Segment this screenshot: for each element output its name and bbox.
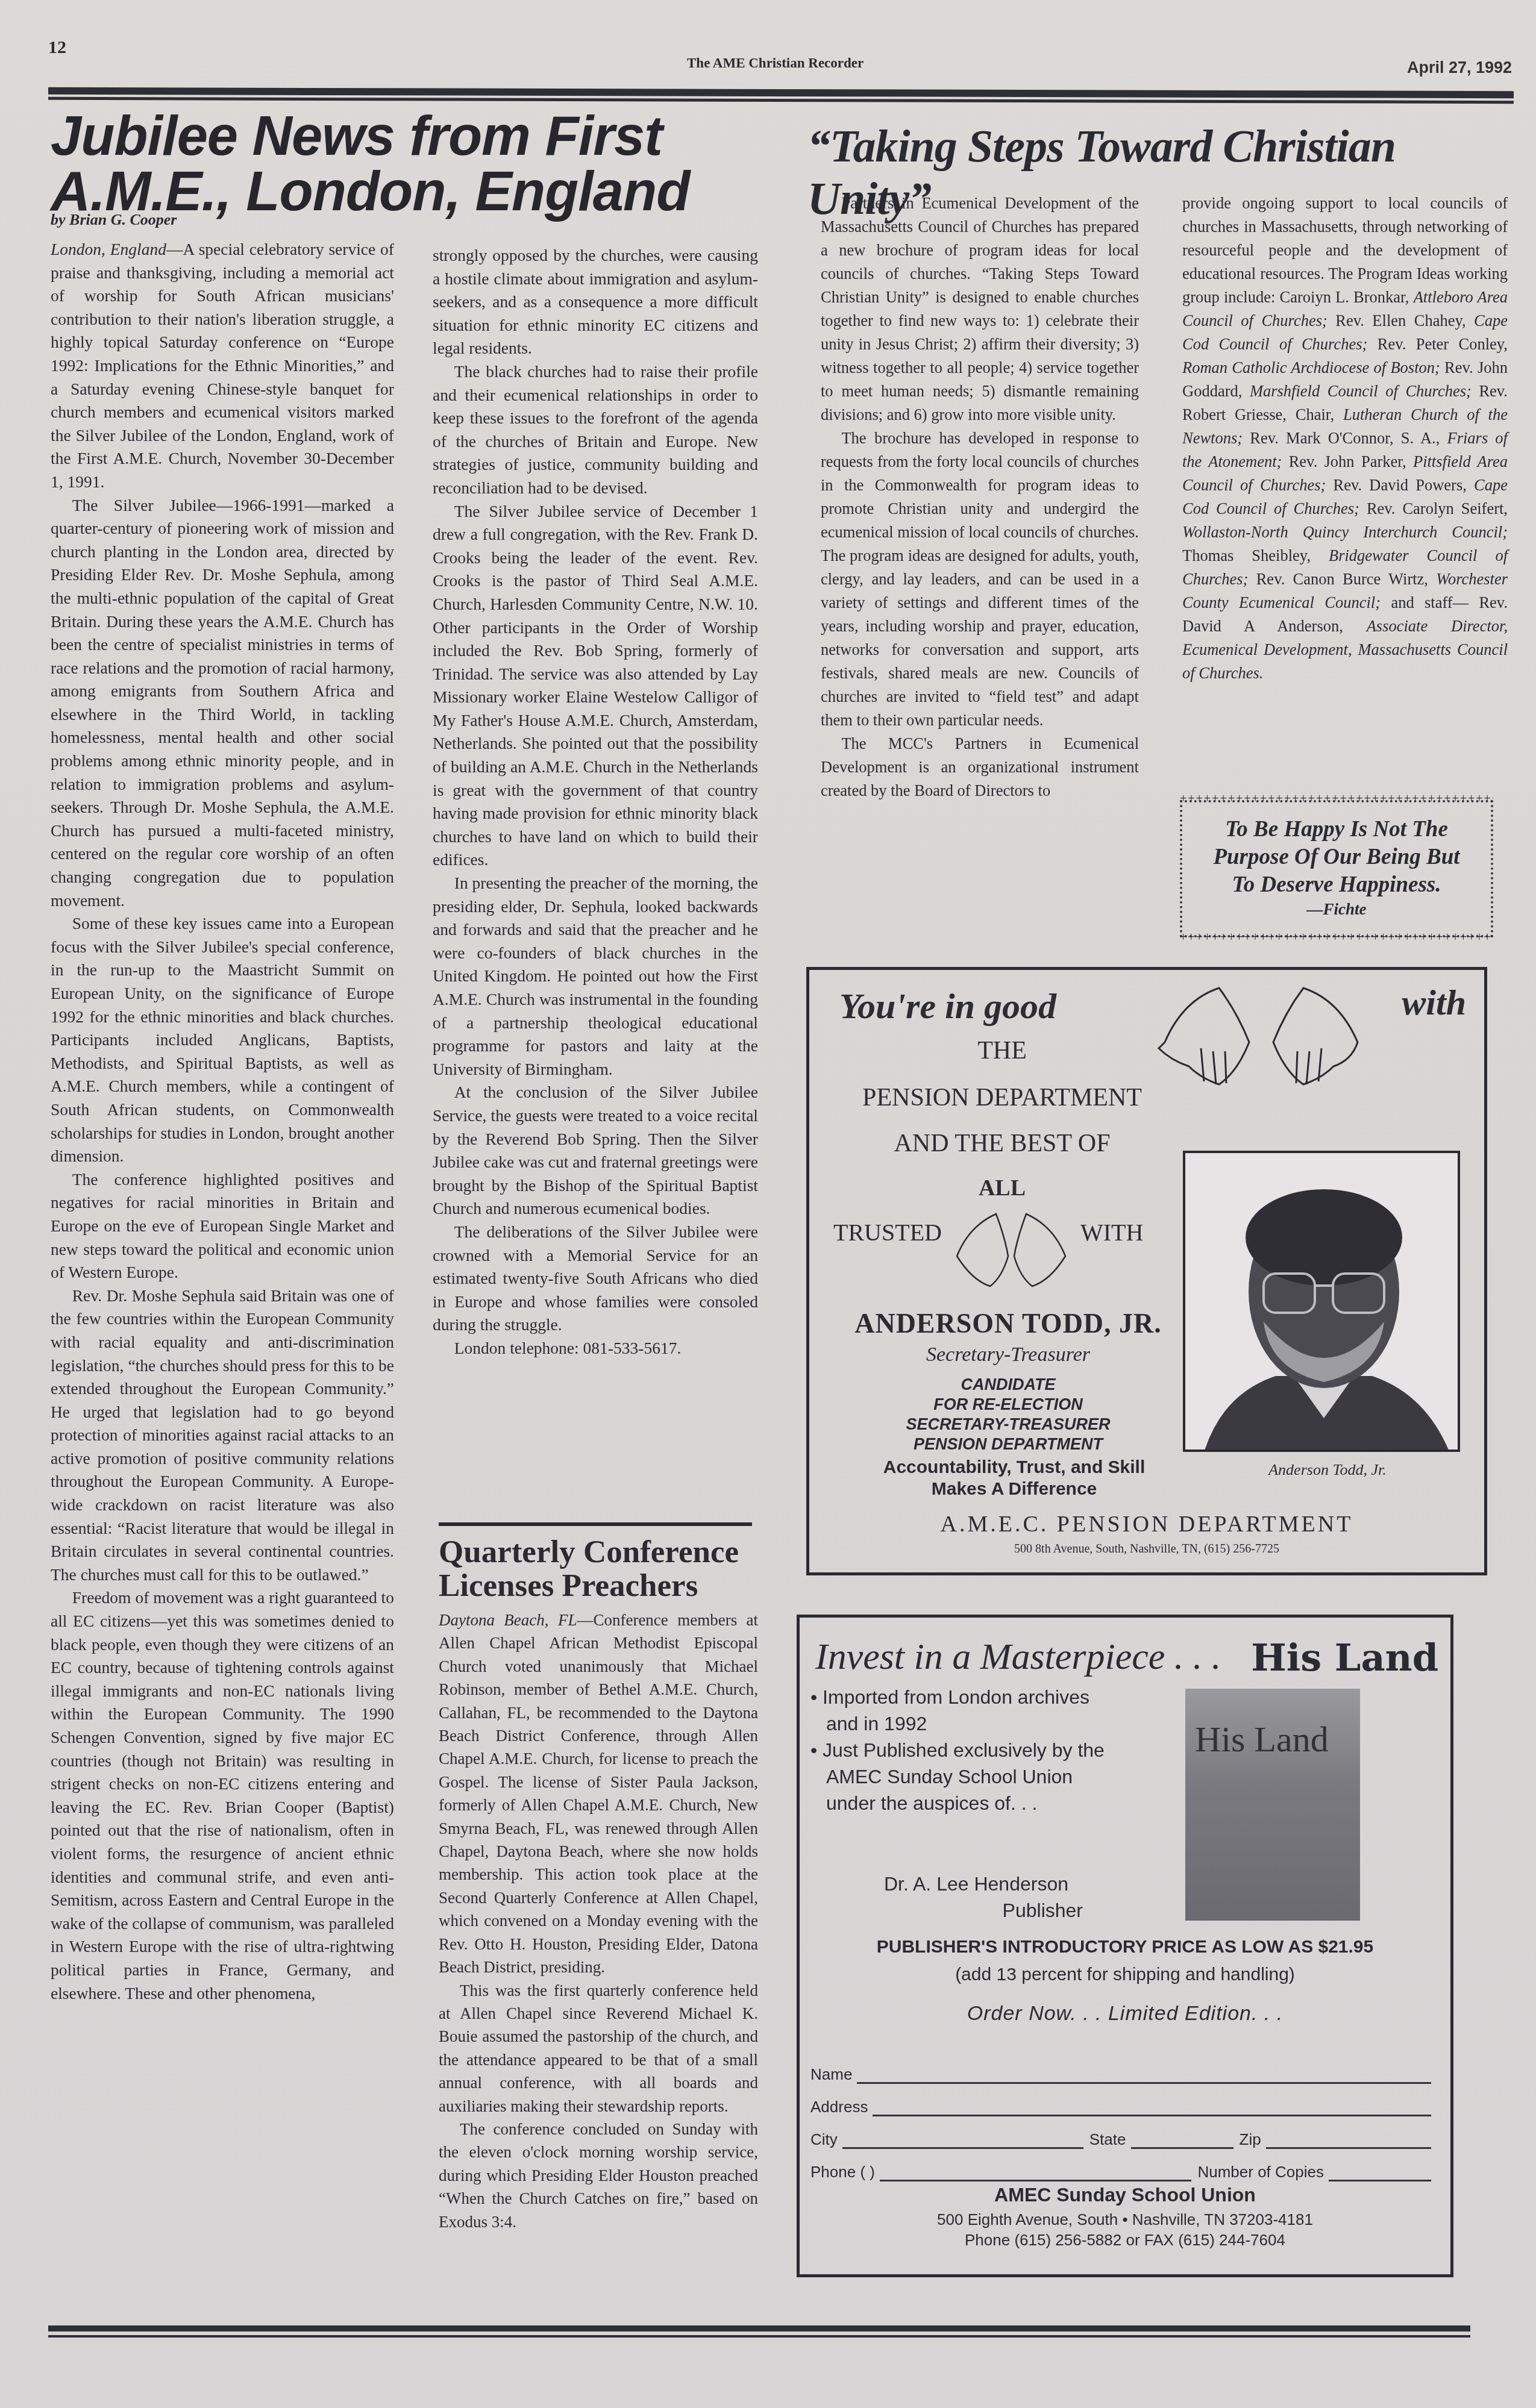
ad-slogan: Accountability, Trust, and Skill Makes A… bbox=[821, 1457, 1207, 1500]
candidacy-text: CANDIDATE FOR RE-ELECTION SECRETARY-TREA… bbox=[821, 1375, 1195, 1454]
small-hands-icon bbox=[948, 1208, 1074, 1292]
header-rule-thin bbox=[48, 97, 1514, 104]
working-group-member: Rev. Mark O'Connor, S. A., bbox=[1243, 429, 1447, 447]
working-group-member: Rev. Peter Conley, bbox=[1367, 335, 1508, 353]
issue-date: April 27, 1992 bbox=[1407, 58, 1512, 77]
union-contact: 500 Eighth Avenue, South • Nashville, TN… bbox=[800, 2209, 1450, 2250]
quote-line: To Be Happy Is Not The bbox=[1194, 816, 1479, 843]
city-field[interactable] bbox=[842, 2137, 1083, 2149]
form-row-phone: Phone ( ) Number of Copies bbox=[810, 2149, 1437, 2181]
ad-headline-title: His Land bbox=[1251, 1636, 1438, 1680]
ad-line-pension-department: PENSION DEPARTMENT bbox=[821, 1083, 1183, 1112]
ad-headline: Invest in a Masterpiece . . . bbox=[815, 1636, 1221, 1678]
ad-headline-left: You're in good bbox=[839, 986, 1056, 1027]
quote-line: To Deserve Happiness. bbox=[1194, 871, 1479, 899]
jubilee-paragraph: Some of these key issues came into a Eur… bbox=[51, 912, 394, 1168]
jubilee-paragraph: The Silver Jubilee—1966-1991—marked a qu… bbox=[51, 494, 394, 913]
working-group-member: Rev. Ellen Chahey, bbox=[1328, 311, 1474, 330]
address-field[interactable] bbox=[873, 2104, 1431, 2116]
union-name: AMEC Sunday School Union bbox=[800, 2184, 1450, 2206]
order-form: Name Address City State Zip Phone ( ) Nu… bbox=[810, 2051, 1437, 2181]
jubilee-paragraph: At the conclusion of the Silver Jubilee … bbox=[433, 1081, 758, 1221]
dateline: London, England bbox=[51, 240, 166, 258]
book-cover-title: His Land bbox=[1195, 1719, 1329, 1760]
jubilee-paragraph: The Silver Jubilee service of December 1… bbox=[433, 500, 758, 872]
quarterly-paragraph: This was the first quarterly conference … bbox=[439, 1979, 758, 2118]
form-row-city: City State Zip bbox=[810, 2116, 1437, 2149]
jubilee-headline: Jubilee News from First A.M.E., London, … bbox=[51, 108, 774, 219]
working-group-org: Wollaston-North Quincy Interchurch Counc… bbox=[1182, 523, 1508, 541]
unity-column-1: Partners in Ecumenical Development of th… bbox=[821, 192, 1139, 802]
state-field[interactable] bbox=[1131, 2137, 1234, 2149]
plus-border-bottom: ++++++++++++++++++++++++++++++++++++++++… bbox=[1180, 931, 1493, 943]
jubilee-column-1: London, England—A special celebratory se… bbox=[51, 238, 394, 2005]
working-group-list: Caroiyn L. Bronkar, Attleboro Area Counc… bbox=[1182, 288, 1508, 611]
bullet-item: • Just Published exclusively by the AMEC… bbox=[810, 1737, 1124, 1816]
unity-column-2: provide ongoing support to local council… bbox=[1182, 192, 1508, 685]
ad-headline-right: with bbox=[1402, 982, 1466, 1024]
book-cover-image: His Land bbox=[1185, 1689, 1360, 1921]
quote-line: Purpose Of Our Being But bbox=[1194, 843, 1479, 871]
jubilee-paragraph: The deliberations of the Silver Jubilee … bbox=[433, 1221, 758, 1337]
portrait-image bbox=[1185, 1153, 1460, 1452]
unity-paragraph: The MCC's Partners in Ecumenical Develop… bbox=[821, 732, 1139, 802]
shipping-text: (add 13 percent for shipping and handlin… bbox=[800, 1965, 1450, 1985]
ad-line-the: THE bbox=[821, 1036, 1183, 1065]
working-group-member: Rev. Carolyn Seifert, bbox=[1359, 499, 1508, 518]
dateline: Daytona Beach, FL bbox=[439, 1611, 577, 1629]
ad-with: WITH bbox=[1080, 1218, 1143, 1246]
jubilee-paragraph: In presenting the preacher of the mornin… bbox=[433, 872, 758, 1081]
quarterly-paragraph: Daytona Beach, FL—Conference members at … bbox=[439, 1609, 758, 1979]
jubilee-paragraph: Rev. Dr. Moshe Sephula said Britain was … bbox=[51, 1284, 394, 1587]
working-group-member: Thomas Sheibley, bbox=[1182, 546, 1329, 564]
price-text: PUBLISHER'S INTRODUCTORY PRICE AS LOW AS… bbox=[800, 1937, 1450, 1957]
order-now-text: Order Now. . . Limited Edition. . . bbox=[800, 2002, 1450, 2025]
plus-border-top: ++++++++++++++++++++++++++++++++++++++++… bbox=[1180, 793, 1493, 805]
department-address: 500 8th Avenue, South, Nashville, TN, (6… bbox=[809, 1542, 1484, 1556]
his-land-advertisement: Invest in a Masterpiece . . . His Land •… bbox=[797, 1615, 1453, 2277]
footer-rule-thin bbox=[48, 2335, 1470, 2338]
quarterly-paragraph: The conference concluded on Sunday with … bbox=[439, 2118, 758, 2233]
photo-caption: Anderson Todd, Jr. bbox=[1195, 1461, 1460, 1479]
candidate-title: Secretary-Treasurer bbox=[821, 1343, 1195, 1366]
jubilee-paragraph: strongly opposed by the churches, were c… bbox=[433, 244, 758, 360]
form-row-address: Address bbox=[810, 2084, 1437, 2116]
ad-line-best-of: AND THE BEST OF bbox=[821, 1129, 1183, 1158]
candidate-photo bbox=[1183, 1151, 1460, 1452]
phone-field[interactable] bbox=[880, 2169, 1192, 2181]
copies-field[interactable] bbox=[1329, 2169, 1431, 2181]
ad-line-all: ALL bbox=[821, 1175, 1183, 1201]
jubilee-paragraph: Freedom of movement was a right guarante… bbox=[51, 1586, 394, 2005]
publisher: Dr. A. Lee Henderson Publisher bbox=[884, 1871, 1083, 1924]
jubilee-paragraph: London, England—A special celebratory se… bbox=[51, 238, 394, 494]
quote-box: ++++++++++++++++++++++++++++++++++++++++… bbox=[1180, 800, 1493, 937]
jubilee-column-2: strongly opposed by the churches, were c… bbox=[433, 244, 758, 1360]
unity-paragraph: The brochure has developed in response t… bbox=[821, 427, 1139, 732]
quarterly-column: Daytona Beach, FL—Conference members at … bbox=[439, 1609, 758, 2233]
working-group-org: Roman Catholic Archdiocese of Boston; bbox=[1182, 358, 1440, 377]
working-group-org: Marshfield Council of Churches; bbox=[1250, 382, 1472, 400]
department-name: A.M.E.C. PENSION DEPARTMENT bbox=[809, 1511, 1484, 1537]
working-group-member: Rev. John Parker, bbox=[1282, 452, 1413, 471]
pension-advertisement: You're in good with THE PENSION DEPARTME… bbox=[806, 967, 1487, 1575]
ad-bullets: • Imported from London archives and in 1… bbox=[810, 1684, 1124, 1816]
header-rule-thick bbox=[48, 87, 1514, 98]
bullet-item: • Imported from London archives and in 1… bbox=[810, 1684, 1124, 1737]
quarterly-headline: Quarterly Conference Licenses Preachers bbox=[439, 1535, 758, 1603]
working-group-member: Rev. David Powers, bbox=[1326, 476, 1474, 494]
byline: by Brian G. Cooper bbox=[51, 211, 177, 229]
unity-paragraph: Partners in Ecumenical Development of th… bbox=[821, 192, 1139, 427]
unity-paragraph: provide ongoing support to local council… bbox=[1182, 192, 1508, 685]
name-field[interactable] bbox=[857, 2072, 1431, 2084]
footer-rule-thick bbox=[48, 2325, 1470, 2331]
page-number: 12 bbox=[48, 37, 66, 58]
form-row-name: Name bbox=[810, 2051, 1437, 2084]
candidate-name: ANDERSON TODD, JR. bbox=[821, 1307, 1195, 1339]
working-group-member: Rev. Canon Burce Wirtz, bbox=[1248, 570, 1436, 588]
london-telephone: London telephone: 081-533-5617. bbox=[433, 1337, 758, 1360]
jubilee-paragraph: The conference highlighted positives and… bbox=[51, 1168, 394, 1284]
working-group-member: Caroiyn L. Bronkar, bbox=[1280, 288, 1414, 306]
zip-field[interactable] bbox=[1266, 2137, 1431, 2149]
article-divider bbox=[439, 1522, 752, 1526]
jubilee-paragraph: The black churches had to raise their pr… bbox=[433, 360, 758, 500]
publication-name: The AME Christian Recorder bbox=[687, 55, 864, 71]
newspaper-page: 12 The AME Christian Recorder April 27, … bbox=[0, 0, 1536, 2408]
quote-attribution: —Fichte bbox=[1194, 899, 1479, 919]
ad-trusted: TRUSTED bbox=[833, 1218, 942, 1246]
